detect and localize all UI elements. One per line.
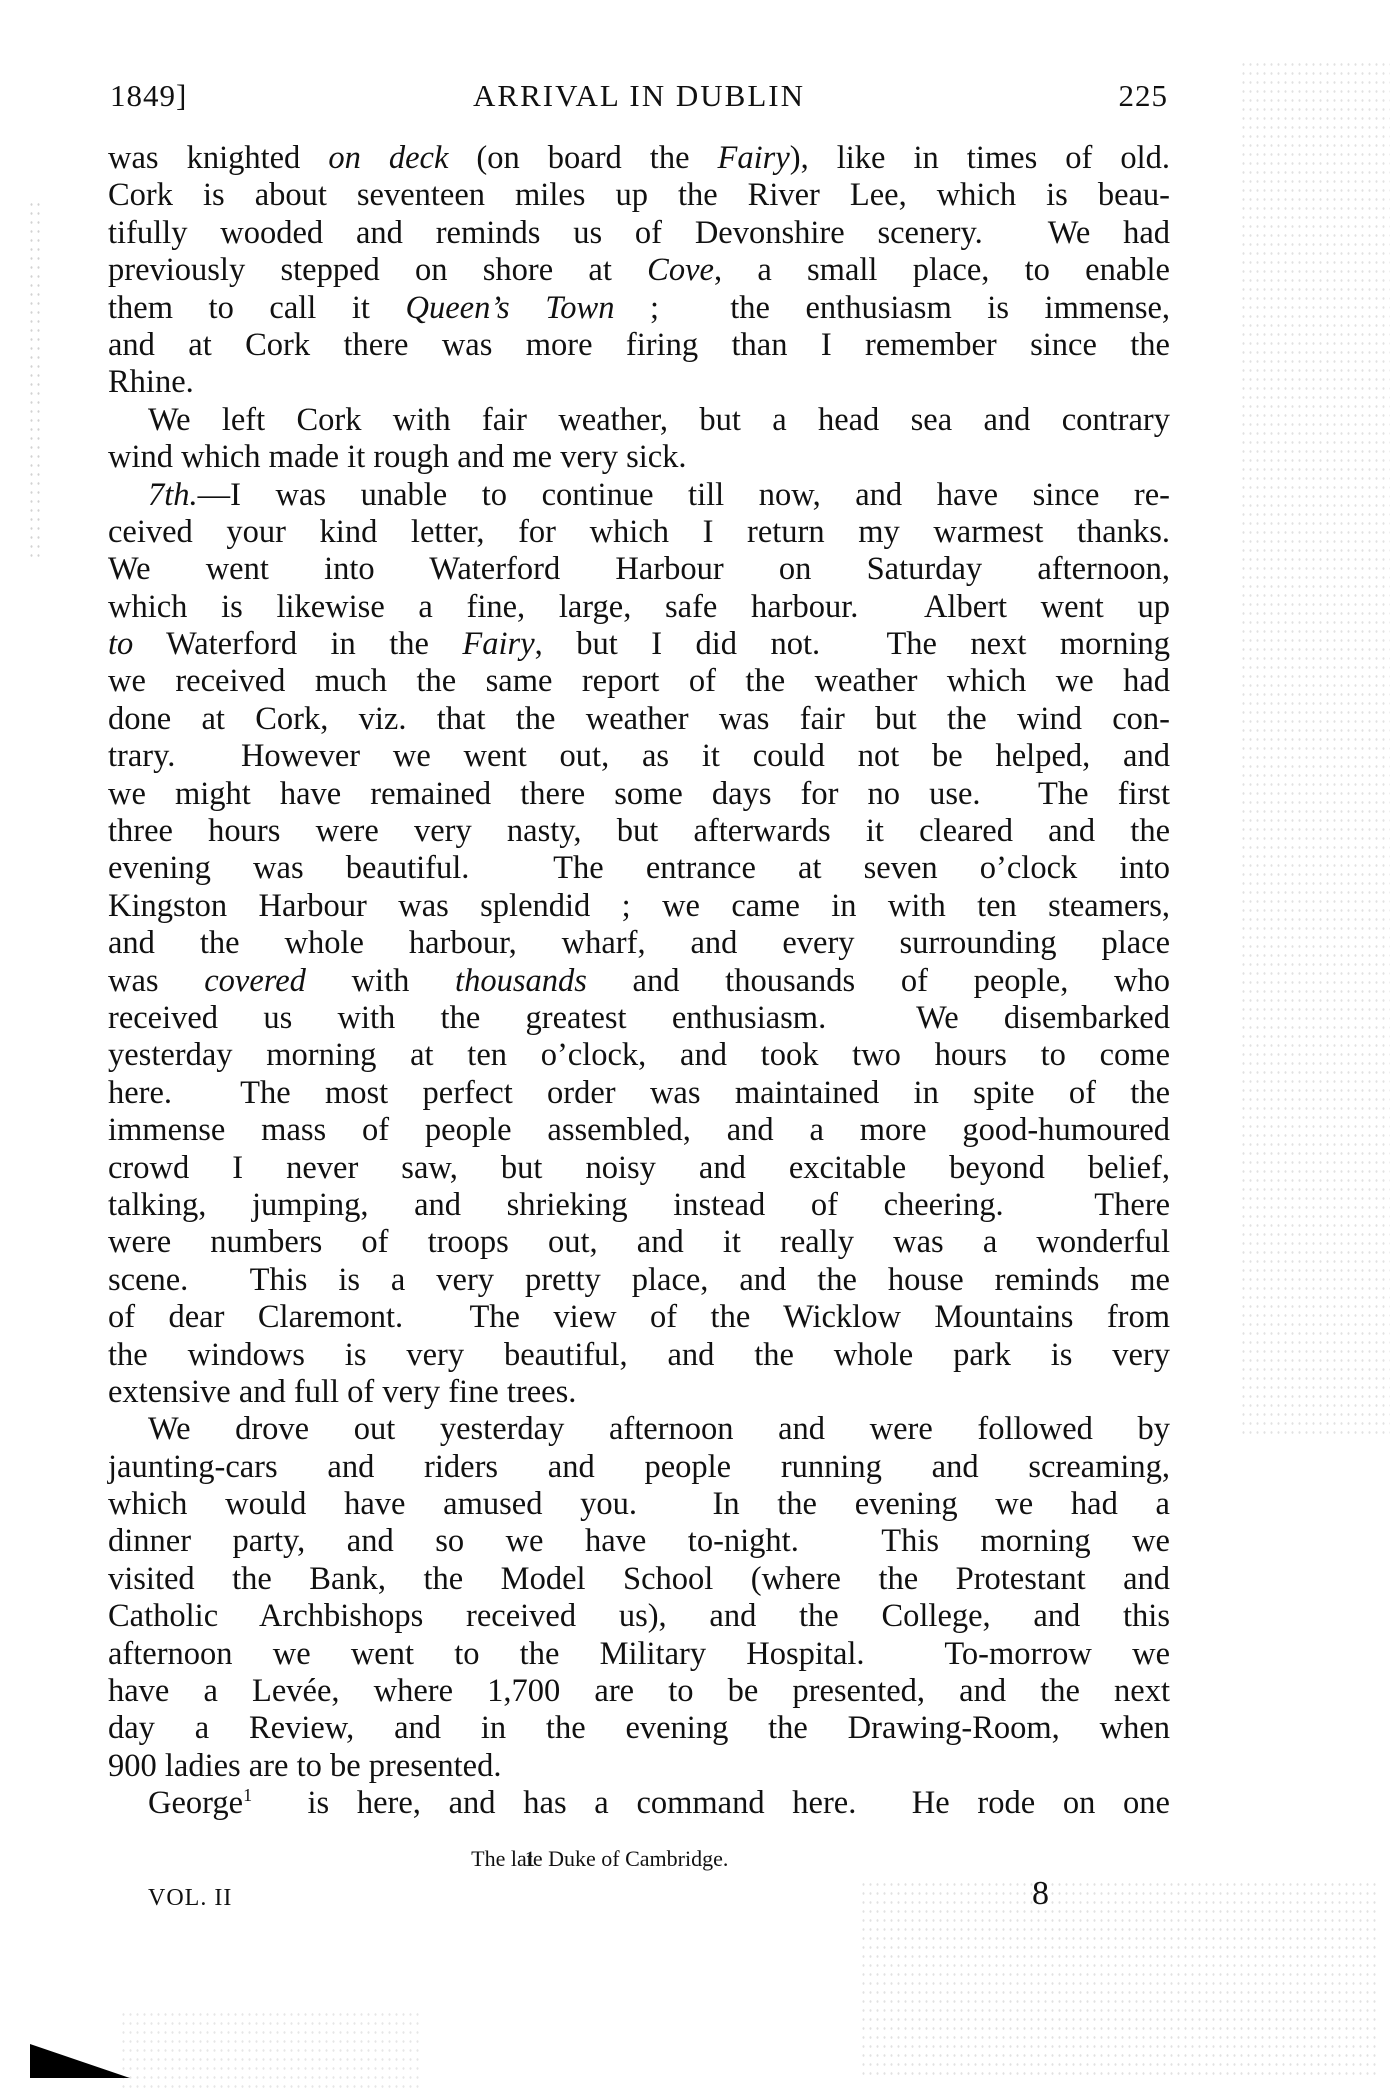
text-line: jaunting-cars and riders and people runn…: [108, 1449, 1170, 1486]
text-line: 900 ladies are to be presented.: [108, 1748, 1170, 1785]
text-line: was knighted on deck (on board the Fairy…: [108, 140, 1170, 177]
text-line: day a Review, and in the evening the Dra…: [108, 1710, 1170, 1747]
text-line: were numbers of troops out, and it reall…: [108, 1224, 1170, 1261]
scan-speckle-right: [1240, 60, 1390, 1440]
scan-speckle-left: [28, 200, 42, 560]
body-text: was knighted on deck (on board the Fairy…: [108, 140, 1170, 1823]
text-line: Cork is about seventeen miles up the Riv…: [108, 177, 1170, 214]
text-line: them to call it Queen’s Town ; the enthu…: [108, 290, 1170, 327]
text-line: dinner party, and so we have to-night. T…: [108, 1523, 1170, 1560]
text-line: Catholic Archbishops received us), and t…: [108, 1598, 1170, 1635]
text-line: was covered with thousands and thousands…: [108, 963, 1170, 1000]
text-line: scene. This is a very pretty place, and …: [108, 1262, 1170, 1299]
text-line: of dear Claremont. The view of the Wickl…: [108, 1299, 1170, 1336]
text-line: to Waterford in the Fairy, but I did not…: [108, 626, 1170, 663]
text-line: George1 is here, and has a command here.…: [108, 1785, 1170, 1822]
text-line: which would have amused you. In the even…: [108, 1486, 1170, 1523]
text-line: evening was beautiful. The entrance at s…: [108, 850, 1170, 887]
text-line: 7th.—I was unable to continue till now, …: [108, 477, 1170, 514]
text-line: we might have remained there some days f…: [108, 776, 1170, 813]
page-number: 225: [1119, 78, 1169, 114]
signature-mark: 8: [1032, 1875, 1049, 1913]
footnote: 1 The late Duke of Cambridge.: [0, 1846, 1393, 1872]
text-line: Rhine.: [108, 364, 1170, 401]
text-line: ceived your kind letter, for which I ret…: [108, 514, 1170, 551]
running-head: 1849] ARRIVAL IN DUBLIN 225: [110, 70, 1168, 120]
text-line: the windows is very beautiful, and the w…: [108, 1337, 1170, 1374]
text-line: tifully wooded and reminds us of Devonsh…: [108, 215, 1170, 252]
text-line: visited the Bank, the Model School (wher…: [108, 1561, 1170, 1598]
text-line: have a Levée, where 1,700 are to be pres…: [108, 1673, 1170, 1710]
text-line: received us with the greatest enthusiasm…: [108, 1000, 1170, 1037]
text-line: crowd I never saw, but noisy and excitab…: [108, 1150, 1170, 1187]
scan-speckle-bottom-left: [120, 2010, 420, 2090]
text-line: wind which made it rough and me very sic…: [108, 439, 1170, 476]
book-page: 1849] ARRIVAL IN DUBLIN 225 was knighted…: [0, 0, 1393, 2097]
text-line: We left Cork with fair weather, but a he…: [108, 402, 1170, 439]
text-line: which is likewise a fine, large, safe ha…: [108, 589, 1170, 626]
text-line: We went into Waterford Harbour on Saturd…: [108, 551, 1170, 588]
footnote-text: The late Duke of Cambridge.: [471, 1846, 728, 1871]
text-line: and at Cork there was more firing than I…: [108, 327, 1170, 364]
text-line: trary. However we went out, as it could …: [108, 738, 1170, 775]
text-line: We drove out yesterday afternoon and wer…: [108, 1411, 1170, 1448]
text-line: previously stepped on shore at Cove, a s…: [108, 252, 1170, 289]
signature-volume: VOL. II: [148, 1885, 232, 1912]
text-line: Kingston Harbour was splendid ; we came …: [108, 888, 1170, 925]
scan-speckle-bottom: [860, 1880, 1380, 2080]
text-line: extensive and full of very fine trees.: [108, 1374, 1170, 1411]
text-line: we received much the same report of the …: [108, 663, 1170, 700]
text-line: immense mass of people assembled, and a …: [108, 1112, 1170, 1149]
running-head-title: ARRIVAL IN DUBLIN: [110, 78, 1168, 114]
text-line: three hours were very nasty, but afterwa…: [108, 813, 1170, 850]
text-line: yesterday morning at ten o’clock, and to…: [108, 1037, 1170, 1074]
text-line: and the whole harbour, wharf, and every …: [108, 925, 1170, 962]
text-line: done at Cork, viz. that the weather was …: [108, 701, 1170, 738]
text-line: here. The most perfect order was maintai…: [108, 1075, 1170, 1112]
text-line: talking, jumping, and shrieking instead …: [108, 1187, 1170, 1224]
scan-corner-artifact: [30, 2044, 130, 2078]
text-line: afternoon we went to the Military Hospit…: [108, 1636, 1170, 1673]
